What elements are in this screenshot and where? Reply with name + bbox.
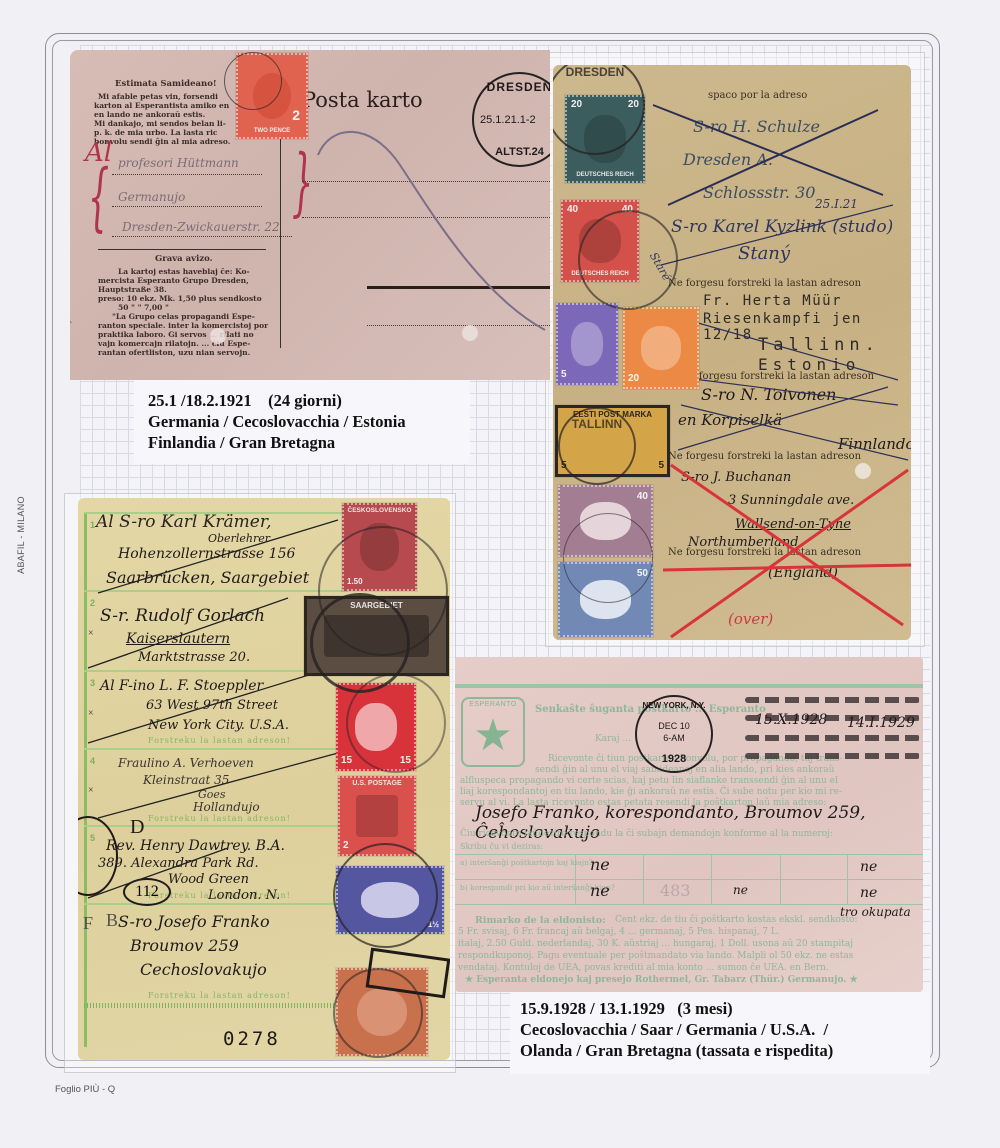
- handwritten-address-line: Germanujo: [118, 190, 185, 204]
- sheet-label: Foglio PIÙ - Q: [55, 1084, 115, 1095]
- postmark-finland: [563, 513, 653, 603]
- caption-dates: 25.1 /18.2.1921 (24 giorni): [148, 390, 470, 411]
- esperanto-relay-card-1921: spaco por la adreso S-ro H. Schulze Dres…: [553, 65, 911, 640]
- card-divider: [280, 138, 281, 348]
- handwritten-address-line: Dresden-Zwickauerstr. 22: [122, 220, 280, 234]
- margin-note: forsin ... - ...: [70, 267, 73, 322]
- publisher-side-label: ABAFIL - MILANO: [16, 496, 26, 574]
- esperanto-reply-card: ESPERANTO ★ Senkaŝte ŝuganta poŝtkarto .…: [455, 657, 923, 992]
- caption-1921: 25.1 /18.2.1921 (24 giorni) Germania / C…: [134, 380, 470, 464]
- card-title: Posta karto: [302, 88, 423, 112]
- question-label: Skribu ĉu vi deziras:: [460, 842, 543, 851]
- handwritten-date-sent: 15.X.1928: [755, 712, 827, 728]
- caption-countries: Germania / Cecoslovacchia / Estonia: [148, 411, 470, 432]
- answer-cell: ne: [860, 859, 877, 875]
- left-bracket: {: [88, 160, 109, 234]
- esperanto-relay-card-1928: 1 2 3 4 5 × × × Forstreku la lastan adre…: [78, 498, 450, 1060]
- postmark-london: [333, 968, 423, 1058]
- question-a-label: a) interŝanĝi poŝtkartojn kaj kiajn?: [460, 858, 593, 867]
- postmark-dresden: DRESDEN 25.1.21.1-2 ALTST.24: [472, 72, 550, 167]
- answer-cell: ne: [590, 881, 610, 900]
- caption-countries: Olanda / Gran Bretagna (tassata e risped…: [520, 1040, 930, 1061]
- card-subheading: Karaj ... !: [595, 734, 637, 744]
- postmark-gb: [224, 52, 282, 110]
- publisher-line: ★ Esperanta eldonejo kaj presejo Rotherm…: [465, 975, 858, 985]
- answer-cell: ne: [590, 855, 610, 874]
- caption-countries: Finlandia / Gran Bretagna: [148, 432, 470, 453]
- card-greeting: Estimata Samideano!: [115, 80, 217, 89]
- answer-cell: 483: [660, 881, 691, 900]
- handwritten-address-line: profesori Hüttmann: [118, 156, 239, 170]
- postmark-new-york: NEW YORK, N.Y. DEC 10 6-AM 1928: [635, 695, 713, 773]
- notice-title: Grava avizo.: [155, 255, 213, 264]
- answer-cell: ne: [733, 883, 748, 897]
- postmark-tallinn: TALLINN: [558, 407, 636, 485]
- stamp-czechoslovakia-5: 5: [556, 303, 618, 385]
- question-intro: Ĉiu ricevonto laŭdezire respondu la ĉi s…: [460, 829, 833, 839]
- handwritten-date-returned: 14.I.1929: [847, 715, 915, 731]
- caption-dates: 15.9.1928 / 13.1.1929 (3 mesi): [520, 998, 930, 1019]
- postcard-dresden-1921: Estimata Samideano! Mi afable petas vin,…: [70, 50, 550, 380]
- answer-cell: ne: [860, 885, 877, 901]
- caption-countries: Cecoslovacchia / Saar / Germania / U.S.A…: [520, 1019, 930, 1040]
- stamp-czechoslovakia-20: 20: [623, 307, 699, 389]
- postmark-german-transit: [578, 210, 678, 310]
- esperanto-star-logo: ESPERANTO ★: [461, 697, 525, 767]
- remarks-title: Rimarko de la eldonisto:: [475, 915, 606, 926]
- caption-1928: 15.9.1928 / 13.1.1929 (3 mesi) Cecoslova…: [510, 992, 930, 1074]
- postmark-netherlands: [333, 843, 438, 948]
- postmark-germany: [346, 673, 446, 773]
